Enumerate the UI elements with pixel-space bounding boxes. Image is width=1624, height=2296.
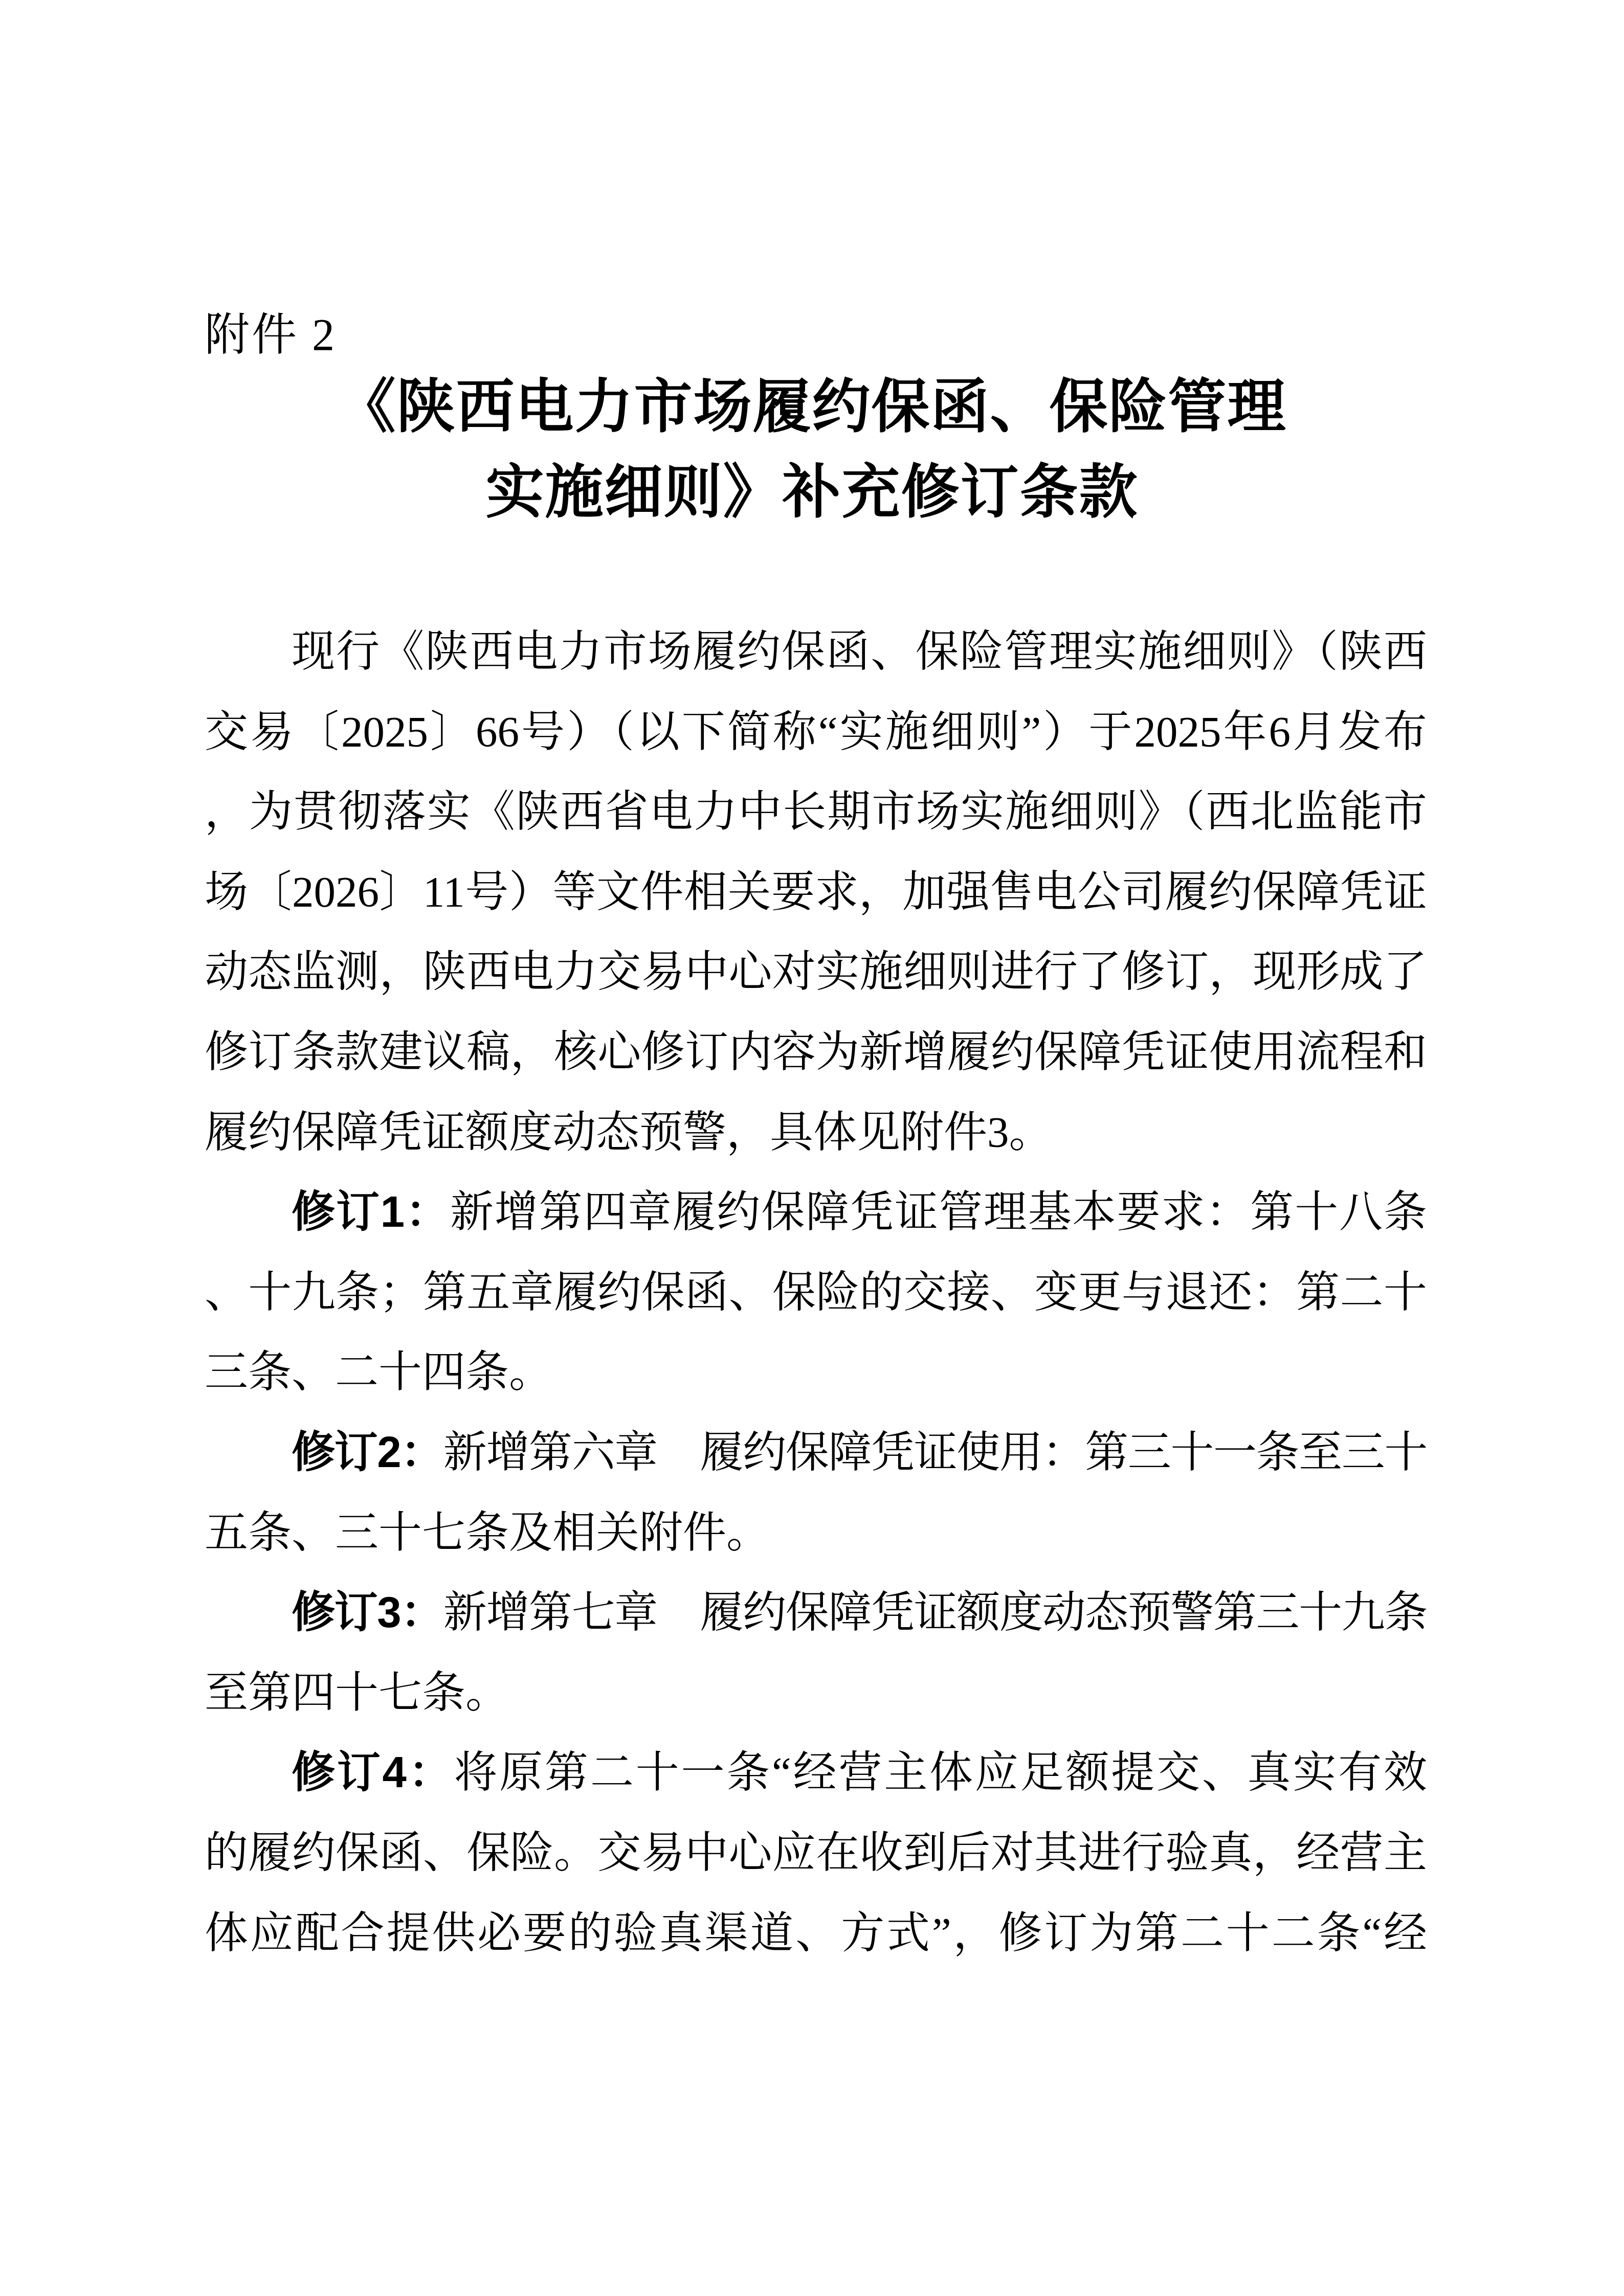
body-line: 五条、三十七条及相关附件。 bbox=[205, 1493, 1427, 1573]
body-line: 体应配合提供必要的验真渠道、方式”，修订为第二十二条“经 bbox=[205, 1894, 1427, 1974]
body-line: 的履约保函、保险。交易中心应在收到后对其进行验真，经营主 bbox=[205, 1813, 1427, 1894]
body-line: 现行《陕西电力市场履约保函、保险管理实施细则》（陕西 bbox=[205, 612, 1427, 692]
body-line-text: 的履约保函、保险。交易中心应在收到后对其进行验真，经营主 bbox=[205, 1829, 1427, 1877]
body-line-text: 三条、二十四条。 bbox=[205, 1348, 552, 1397]
body-line-text: 将原第二十一条“经营主体应足额提交、真实有效 bbox=[454, 1749, 1427, 1797]
body-line: 履约保障凭证额度动态预警，具体见附件3。 bbox=[205, 1093, 1427, 1173]
body-line: 交易〔2025〕66号）（以下简称“实施细则”）于2025年6月发布 bbox=[205, 692, 1427, 773]
body-line: 修订2：新增第六章 履约保障凭证使用：第三十一条至三十 bbox=[205, 1413, 1427, 1493]
body-line-text: 修订条款建议稿，核心修订内容为新增履约保障凭证使用流程和 bbox=[205, 1028, 1427, 1076]
document-body: 现行《陕西电力市场履约保函、保险管理实施细则》（陕西 交易〔2025〕66号）（… bbox=[205, 612, 1427, 1973]
body-line: 场〔2026〕11号）等文件相关要求，加强售电公司履约保障凭证 bbox=[205, 852, 1427, 933]
body-line-text: 动态监测，陕西电力交易中心对实施细则进行了修订，现形成了 bbox=[205, 948, 1427, 996]
body-line-text: ，为贯彻落实《陕西省电力中长期市场实施细则》（西北监能市 bbox=[205, 788, 1427, 836]
body-line: 三条、二十四条。 bbox=[205, 1333, 1427, 1413]
body-line-text: 、十九条；第五章履约保函、保险的交接、变更与退还：第二十 bbox=[205, 1269, 1427, 1317]
body-line-text: 现行《陕西电力市场履约保函、保险管理实施细则》（陕西 bbox=[292, 628, 1427, 676]
document-title: 《陕西电力市场履约保函、保险管理 实施细则》补充修订条款 bbox=[0, 364, 1624, 535]
body-line: 修订3：新增第七章 履约保障凭证额度动态预警第三十九条 bbox=[205, 1573, 1427, 1653]
revision-2-label: 修订2： bbox=[292, 1428, 443, 1477]
revision-3-label: 修订3： bbox=[292, 1588, 443, 1637]
document-page: 附件 2 《陕西电力市场履约保函、保险管理 实施细则》补充修订条款 现行《陕西电… bbox=[0, 0, 1624, 2296]
body-line-text: 履约保障凭证额度动态预警，具体见附件3。 bbox=[205, 1109, 1053, 1157]
body-line: 、十九条；第五章履约保函、保险的交接、变更与退还：第二十 bbox=[205, 1253, 1427, 1333]
document-title-line-2: 实施细则》补充修订条款 bbox=[0, 449, 1624, 535]
body-line: 修订1：新增第四章履约保障凭证管理基本要求：第十八条 bbox=[205, 1173, 1427, 1253]
body-line: 修订4：将原第二十一条“经营主体应足额提交、真实有效 bbox=[205, 1733, 1427, 1813]
attachment-label: 附件 2 bbox=[205, 306, 337, 365]
body-line-text: 场〔2026〕11号）等文件相关要求，加强售电公司履约保障凭证 bbox=[205, 868, 1427, 916]
body-line-text: 交易〔2025〕66号）（以下简称“实施细则”）于2025年6月发布 bbox=[205, 708, 1427, 756]
body-line-text: 五条、三十七条及相关附件。 bbox=[205, 1509, 770, 1557]
body-line-text: 新增第七章 履约保障凭证额度动态预警第三十九条 bbox=[443, 1589, 1427, 1637]
body-line: 动态监测，陕西电力交易中心对实施细则进行了修订，现形成了 bbox=[205, 932, 1427, 1012]
body-line-text: 新增第四章履约保障凭证管理基本要求：第十八条 bbox=[450, 1188, 1427, 1236]
body-line: 修订条款建议稿，核心修订内容为新增履约保障凭证使用流程和 bbox=[205, 1012, 1427, 1093]
body-line: ，为贯彻落实《陕西省电力中长期市场实施细则》（西北监能市 bbox=[205, 772, 1427, 852]
revision-1-label: 修订1： bbox=[292, 1188, 450, 1236]
body-line-text: 至第四十七条。 bbox=[205, 1669, 509, 1717]
body-line-text: 体应配合提供必要的验真渠道、方式”，修订为第二十二条“经 bbox=[205, 1909, 1427, 1957]
body-line: 至第四十七条。 bbox=[205, 1653, 1427, 1734]
body-line-text: 新增第六章 履约保障凭证使用：第三十一条至三十 bbox=[443, 1429, 1427, 1477]
document-title-line-1: 《陕西电力市场履约保函、保险管理 bbox=[0, 364, 1624, 449]
revision-4-label: 修订4： bbox=[292, 1748, 454, 1797]
